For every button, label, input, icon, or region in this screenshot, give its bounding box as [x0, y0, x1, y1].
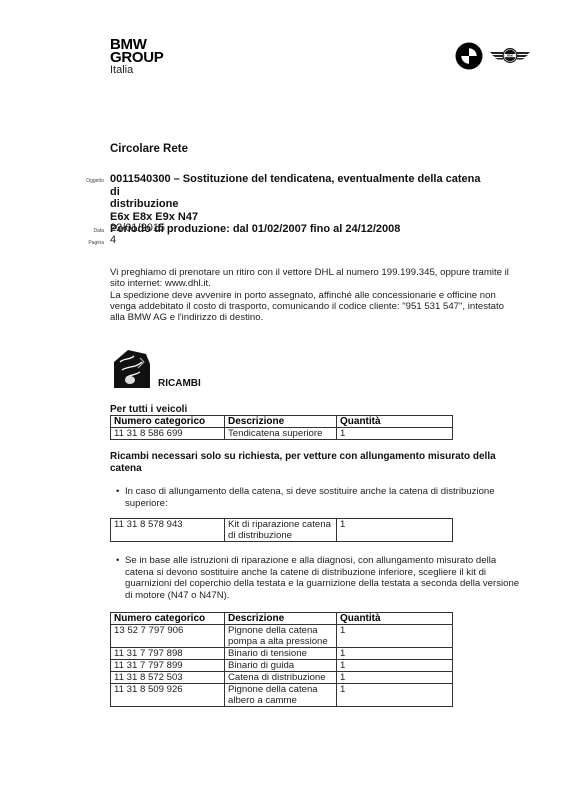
bullet-dot-icon: • [116, 486, 119, 498]
parts-table-upper-kit: 11 31 8 578 943 Kit di riparazione caten… [110, 518, 453, 542]
table-row: 11 31 8 509 926 Pignone della catena alb… [111, 684, 453, 707]
date-value: 22/01/2015 [110, 222, 165, 234]
part-description: Catena di distribuzione [225, 672, 337, 684]
table-row: 11 31 8 586 699 Tendicatena superiore 1 [111, 428, 453, 440]
bmw-roundel-icon [455, 42, 483, 70]
section-all-vehicles-title: Per tutti i veicoli [110, 404, 187, 416]
header-description: Descrizione [225, 613, 337, 625]
part-quantity: 1 [337, 660, 453, 672]
table-row: 11 31 8 578 943 Kit di riparazione caten… [111, 519, 453, 542]
table-row: 11 31 7 797 898 Binario di tensione 1 [111, 648, 453, 660]
ricambi-heading: RICAMBI [158, 378, 201, 389]
bullet-text: Se in base alle istruzioni di riparazion… [125, 555, 519, 601]
header-code: Numero categorico [111, 613, 225, 625]
part-code: 11 31 8 578 943 [111, 519, 225, 542]
header-description: Descrizione [225, 416, 337, 428]
mini-wings-icon: MINI [489, 46, 531, 64]
part-code: 11 31 7 797 899 [111, 660, 225, 672]
part-code: 11 31 8 586 699 [111, 428, 225, 440]
part-quantity: 1 [337, 519, 453, 542]
table-row: 13 52 7 797 906 Pignone della catena pom… [111, 625, 453, 648]
bullet-text: In caso di allungamento della catena, si… [125, 486, 495, 509]
parts-table-all: Numero categorico Descrizione Quantità 1… [110, 415, 453, 440]
paragraph-dhl: Vi preghiamo di prenotare un ritiro con … [110, 267, 520, 290]
part-code: 11 31 7 797 898 [111, 648, 225, 660]
document-type: Circolare Rete [110, 143, 188, 155]
part-description: Binario di tensione [225, 648, 337, 660]
part-quantity: 1 [337, 428, 453, 440]
part-quantity: 1 [337, 684, 453, 707]
bmw-group-logo: BMW GROUP Italia [110, 38, 164, 77]
body-text: Vi preghiamo di prenotare un ritiro con … [110, 267, 520, 323]
date-label: Data [58, 228, 104, 234]
part-description: Pignone della catena albero a camme [225, 684, 337, 707]
table-header-row: Numero categorico Descrizione Quantità [111, 613, 453, 625]
paragraph-shipping: La spedizione deve avvenire in porto ass… [110, 290, 520, 324]
subject-line: distribuzione [110, 198, 490, 211]
table-row: 11 31 7 797 899 Binario di guida 1 [111, 660, 453, 672]
bullet-upper-chain: • In caso di allungamento della catena, … [116, 486, 526, 509]
part-code: 11 31 8 572 503 [111, 672, 225, 684]
part-code: 13 52 7 797 906 [111, 625, 225, 648]
parts-illustration-icon [112, 348, 152, 388]
table-row: 11 31 8 572 503 Catena di distribuzione … [111, 672, 453, 684]
part-description: Pignone della catena pompa a alta pressi… [225, 625, 337, 648]
part-code: 11 31 8 509 926 [111, 684, 225, 707]
brand-line-2: GROUP [110, 51, 164, 64]
part-description: Binario di guida [225, 660, 337, 672]
subject-label: Oggetto [58, 178, 104, 184]
parts-table-lower: Numero categorico Descrizione Quantità 1… [110, 612, 453, 707]
header-code: Numero categorico [111, 416, 225, 428]
part-quantity: 1 [337, 672, 453, 684]
table-header-row: Numero categorico Descrizione Quantità [111, 416, 453, 428]
page-label: Pagina [58, 240, 104, 246]
subject-line: 0011540300 – Sostituzione del tendicaten… [110, 173, 490, 198]
header-quantity: Quantità [337, 613, 453, 625]
part-description: Kit di riparazione catena di distribuzio… [225, 519, 337, 542]
subject: 0011540300 – Sostituzione del tendicaten… [110, 173, 490, 236]
bullet-dot-icon: • [116, 555, 119, 567]
part-quantity: 1 [337, 625, 453, 648]
section-on-request-title: Ricambi necessari solo su richiesta, per… [110, 451, 510, 474]
bullet-lower-chain: • Se in base alle istruzioni di riparazi… [116, 555, 526, 601]
part-quantity: 1 [337, 648, 453, 660]
svg-text:MINI: MINI [507, 54, 513, 58]
subject-line: E6x E8x E9x N47 [110, 211, 490, 224]
header-quantity: Quantità [337, 416, 453, 428]
page-value: 4 [110, 234, 116, 246]
subject-line: Periodo di produzione: dal 01/02/2007 fi… [110, 223, 490, 236]
part-description: Tendicatena superiore [225, 428, 337, 440]
